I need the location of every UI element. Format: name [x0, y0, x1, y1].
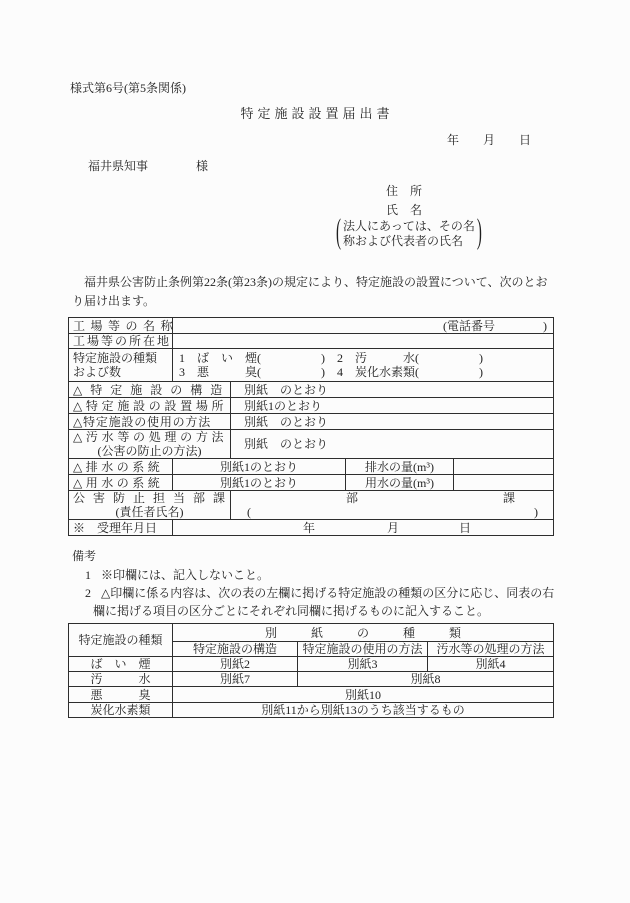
- section-suffix: 課: [503, 491, 515, 505]
- factory-name-label: 工場等の名称: [69, 318, 173, 334]
- remarks-heading: 備考: [72, 547, 96, 564]
- honorific: 様: [196, 159, 208, 173]
- water-volume-field: [454, 475, 554, 491]
- attachment-sheet-table: 特定施設の種類 別紙の種類 特定施設の構造 特定施設の使用の方法 汚水等の処理の…: [68, 623, 554, 718]
- water-structure-sheet: 別紙7: [173, 672, 298, 687]
- facility-type-column-header: 特定施設の種類: [69, 624, 173, 657]
- table-row: △汚水等の処理の方法 (公害の防止の方法) 別紙 のとおり: [69, 430, 554, 459]
- dept-suffix: 部: [346, 491, 358, 505]
- drainage-system-label: △排水の系統: [69, 459, 173, 475]
- structure-field: 別紙 のとおり: [231, 382, 554, 398]
- factory-address-field: [173, 334, 554, 349]
- structure-label: △特定施設の構造: [69, 382, 231, 398]
- table-row: ※ 受理年月日 年 月 日: [69, 520, 554, 536]
- facility-type-label: 特定施設の種類 および数: [69, 349, 173, 382]
- table-row: 炭化水素類 別紙11から別紙13のうち該当するもの: [69, 703, 554, 718]
- remark-item-2-line1: 2△印欄に係る内容は、次の表の左欄に掲げる特定施設の種類の区分に応じ、同表の右: [85, 584, 554, 601]
- treatment-field: 別紙 のとおり: [231, 430, 554, 459]
- responsible-paren-open: (: [247, 505, 251, 519]
- sheet-type-header: 別紙の種類: [173, 624, 554, 642]
- structure-column-header: 特定施設の構造: [173, 642, 298, 657]
- factory-address-label: 工場等の所在地: [69, 334, 173, 349]
- table-row: 汚 水 別紙7 別紙8: [69, 672, 554, 687]
- table-row: △特定施設の設置場所 別紙1のとおり: [69, 398, 554, 414]
- drainage-system-field: 別紙1のとおり: [173, 459, 346, 475]
- treatment-column-header: 汚水等の処理の方法: [428, 642, 554, 657]
- smoke-row-label: ば い 煙: [69, 657, 173, 672]
- drainage-volume-field: [454, 459, 554, 475]
- pollution-dept-label: 公害防止担当部課 (責任者氏名): [69, 491, 231, 520]
- table-row: 特定施設の種類 別紙の種類: [69, 624, 554, 642]
- usage-field: 別紙 のとおり: [231, 414, 554, 430]
- table-row: △特定施設の使用の方法 別紙 のとおり: [69, 414, 554, 430]
- address-label: 住 所: [386, 182, 422, 199]
- page-title: 特定施設設置届出書: [0, 103, 630, 122]
- remark-item-1: 1※印欄には、記入しないこと。: [85, 566, 269, 583]
- addressee: 福井県知事: [88, 159, 148, 173]
- water-row-label: 汚 水: [69, 672, 173, 687]
- corporate-note-line2: 称および代表者の氏名: [343, 234, 475, 249]
- receipt-date-label: ※ 受理年月日: [69, 520, 173, 536]
- smoke-treatment-sheet: 別紙4: [428, 657, 554, 672]
- water-system-field: 別紙1のとおり: [173, 475, 346, 491]
- water-volume-label: 用水の量(m³): [346, 475, 454, 491]
- table-row: 工場等の所在地: [69, 334, 554, 349]
- table-row: 工場等の名称 (電話番号 ): [69, 318, 554, 334]
- factory-name-field: (電話番号 ): [173, 318, 554, 334]
- responsible-paren-close: ): [534, 505, 538, 519]
- form-number: 様式第6号(第5条関係): [70, 79, 186, 96]
- hydrocarbon-row-label: 炭化水素類: [69, 703, 173, 718]
- usage-column-header: 特定施設の使用の方法: [298, 642, 428, 657]
- pollution-dept-field: 部課 (): [231, 491, 554, 520]
- treatment-label: △汚水等の処理の方法 (公害の防止の方法): [69, 430, 231, 459]
- water-merged-sheet: 別紙8: [298, 672, 554, 687]
- location-label: △特定施設の設置場所: [69, 398, 231, 414]
- smoke-structure-sheet: 別紙2: [173, 657, 298, 672]
- form-document-page: 様式第6号(第5条関係) 特定施設設置届出書 年 月 日 福井県知事様 住 所 …: [0, 0, 630, 903]
- table-row: ば い 煙 別紙2 別紙3 別紙4: [69, 657, 554, 672]
- bracket-open: (: [334, 214, 343, 253]
- table-row: 特定施設の種類 および数 1 ば い 煙( ) 2 汚 水( ) 3 悪 臭( …: [69, 349, 554, 382]
- odor-row-label: 悪 臭: [69, 687, 173, 703]
- water-system-label: △用水の系統: [69, 475, 173, 491]
- intro-paragraph: 福井県公害防止条例第22条(第23条)の規定により、特定施設の設置について、次の…: [72, 273, 550, 311]
- bracket-close: ): [475, 214, 484, 253]
- location-field: 別紙1のとおり: [231, 398, 554, 414]
- receipt-date-field: 年 月 日: [173, 520, 554, 536]
- remark-item-2-line2: 欄に掲げる項目の区分ごとにそれぞれ同欄に掲げるものに記入すること。: [93, 602, 489, 619]
- main-table: 工場等の名称 (電話番号 ) 工場等の所在地 特定施設の種類 および数 1 ば …: [68, 317, 554, 536]
- table-row: △排水の系統 別紙1のとおり 排水の量(m³): [69, 459, 554, 475]
- corporate-note-line1: 法人にあっては、その名: [343, 219, 475, 234]
- table-row: △用水の系統 別紙1のとおり 用水の量(m³): [69, 475, 554, 491]
- odor-merged-sheet: 別紙10: [173, 687, 554, 703]
- name-label: 氏 名: [386, 201, 422, 218]
- table-row: 公害防止担当部課 (責任者氏名) 部課 (): [69, 491, 554, 520]
- addressee-line: 福井県知事様: [88, 157, 208, 174]
- hydrocarbon-merged-sheet: 別紙11から別紙13のうち該当するもの: [173, 703, 554, 718]
- smoke-usage-sheet: 別紙3: [298, 657, 428, 672]
- usage-label: △特定施設の使用の方法: [69, 414, 231, 430]
- date-line: 年 月 日: [447, 131, 531, 148]
- corporate-note: ( 法人にあっては、その名 称および代表者の氏名 ): [334, 219, 484, 249]
- drainage-volume-label: 排水の量(m³): [346, 459, 454, 475]
- facility-type-field: 1 ば い 煙( ) 2 汚 水( ) 3 悪 臭( ) 4 炭化水素類( ): [173, 349, 554, 382]
- table-row: △特定施設の構造 別紙 のとおり: [69, 382, 554, 398]
- table-row: 悪 臭 別紙10: [69, 687, 554, 703]
